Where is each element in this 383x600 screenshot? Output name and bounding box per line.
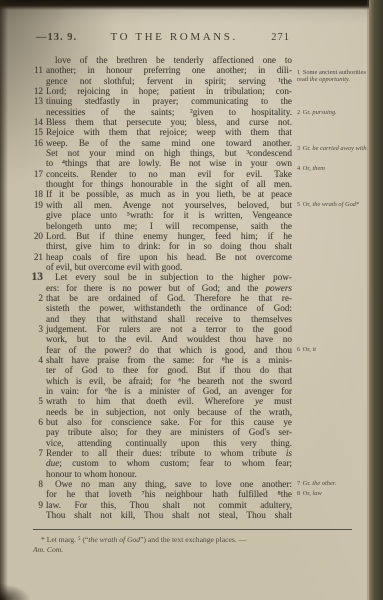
plain-text: gence not slothful; fervent in spirit; s…: [46, 76, 292, 86]
text-line: Set not your mind on high things, but ³c…: [27, 148, 292, 158]
verse-text: vice, attending continually upon this ve…: [46, 438, 292, 448]
plain-text: tinuing stedfastly in prayer; communicat…: [46, 96, 292, 106]
header-page-number: 271: [271, 32, 290, 43]
verse-number: 18: [27, 189, 46, 199]
verse-number: 21: [27, 252, 46, 262]
verse-number: 19: [27, 200, 46, 210]
plain-text: sisteth the power, withstandeth the ordi…: [46, 303, 292, 313]
verse-text: Lord. But if thine enemy hunger, feed hi…: [46, 231, 292, 241]
chapter-start-line: 13Let every soul be in subjection to the…: [27, 272, 292, 282]
text-line: necessities of the saints; ²given to hos…: [27, 107, 292, 117]
verse-number: [27, 510, 46, 520]
verse-text: Owe no man any thing, save to love one a…: [46, 479, 292, 489]
margin-note: 4 Or, them: [297, 165, 371, 172]
verse-number: [27, 427, 46, 437]
plain-text: Rejoice with them that rejoice; weep wit…: [46, 127, 292, 137]
text-line: in vain: for ⁶he is a minister of God, a…: [27, 386, 292, 396]
text-line: due; custom to whom custom; fear to whom…: [27, 458, 292, 468]
verse-text: heap coals of fire upon his head. Be not…: [46, 252, 292, 262]
plain-text: pay tribute also; for they are ministers…: [46, 427, 292, 437]
header-title: TO THE ROMANS.: [111, 31, 238, 43]
italic-text: powers: [265, 283, 292, 293]
verse-text: belongeth unto me; I will recompense, sa…: [46, 221, 292, 231]
verse-text: for he that loveth ⁷his neighbour hath f…: [46, 489, 292, 499]
plain-text: ter of God to thee for good. But if thou…: [46, 365, 292, 375]
margin-note: 2 Gr. pursuing.: [297, 109, 371, 116]
text-line: 14Bless them that persecute you; bless, …: [27, 117, 292, 127]
text-line: love of the brethren be tenderly affecti…: [27, 55, 292, 65]
text-line: sisteth the power, withstandeth the ordi…: [27, 303, 292, 313]
text-line: 20Lord. But if thine enemy hunger, feed …: [27, 231, 292, 241]
verse-number: 20: [27, 231, 46, 241]
plain-text: conceits. Render to no man evil for evil…: [46, 169, 292, 179]
text-line: 6but also for conscience sake. For for t…: [27, 417, 292, 427]
italic-text: ye: [255, 396, 263, 406]
verse-text: that be are ordained of God. Therefore h…: [46, 293, 292, 303]
text-line: 9law. For this, Thou shalt not commit ad…: [27, 500, 292, 510]
plain-text: Gr.: [303, 145, 313, 152]
text-line: for he that loveth ⁷his neighbour hath f…: [27, 489, 292, 499]
text-line: Thou shalt not kill, Thou shalt not stea…: [27, 510, 292, 520]
verse-number: [27, 283, 46, 293]
verse-number: [27, 314, 46, 324]
verse-number: [27, 148, 46, 158]
text-line: 12Lord; rejoicing in hope; patient in tr…: [27, 86, 292, 96]
text-line: 2that be are ordained of God. Therefore …: [27, 293, 292, 303]
plain-text: of evil, but overcome evil with good.: [46, 262, 182, 272]
plain-text: vice, attending continually upon this ve…: [46, 438, 292, 448]
verse-number: [27, 365, 46, 375]
plain-text: to ⁴things that are lowly. Be not wise i…: [46, 158, 292, 168]
verse-number: [27, 158, 46, 168]
verse-number: [27, 489, 46, 499]
verse-number: [27, 334, 46, 344]
text-line: 8Owe no man any thing, save to love one …: [27, 479, 292, 489]
italic-text: is: [286, 448, 292, 458]
plain-text: ”) and the text exchange places. —: [140, 535, 246, 544]
verse-text: ers: for there is no power but of God; a…: [46, 283, 292, 293]
text-line: needs be in subjection, not only because…: [27, 407, 292, 417]
text-line: gence not slothful; fervent in spirit; s…: [27, 76, 292, 86]
text-line: vice, attending continually upon this ve…: [27, 438, 292, 448]
plain-text: in vain: for ⁶he is a minister of God, a…: [46, 386, 292, 396]
verse-number: [27, 407, 46, 417]
plain-text: for he that loveth ⁷his neighbour hath f…: [46, 489, 292, 499]
verse-text: Let every soul be in subjection to the h…: [46, 272, 292, 282]
verse-text: ter of God to thee for good. But if thou…: [46, 365, 292, 375]
plain-text: wrath to him that doeth evil. Wherefore: [46, 396, 255, 406]
plain-text: thirst, give him to drink: for in so doi…: [46, 241, 292, 251]
plain-text: fear of the power? do that which is good…: [46, 345, 292, 355]
text-line: 18If it be possible, as much as in you l…: [27, 189, 292, 199]
plain-text: * Let marg. ⁵ (“: [41, 535, 88, 544]
verse-number: 2: [27, 293, 46, 303]
plain-text: thought for things honourable in the sig…: [46, 179, 292, 189]
page-edge-left: [0, 0, 8, 600]
plain-text: but also for conscience sake. For for th…: [46, 417, 292, 427]
verse-number: 16: [27, 138, 46, 148]
text-line: pay tribute also; for they are ministers…: [27, 427, 292, 437]
verse-number: [27, 458, 46, 468]
verse-number: [27, 469, 46, 479]
italic-text: the other.: [312, 480, 336, 487]
plain-text: Let every soul be in subjection to the h…: [55, 272, 292, 282]
verse-text: weep. Be of the same mind one toward ano…: [46, 138, 292, 148]
text-line: 7Render to all their dues: tribute to wh…: [27, 448, 292, 458]
margin-note: 8 Or, law: [297, 490, 371, 497]
chapter-number: 13: [27, 272, 46, 282]
footnote-rule: [33, 529, 352, 530]
plain-text: Thou shalt not kill, Thou shalt not stea…: [46, 510, 292, 520]
verse-text: honour to whom honour.: [46, 469, 292, 479]
verse-text: thirst, give him to drink: for in so doi…: [46, 241, 292, 251]
italic-text: law: [312, 490, 321, 497]
verse-text: gence not slothful; fervent in spirit; s…: [46, 76, 292, 86]
margin-note: 3 Gr. be carried away with.: [297, 145, 371, 152]
verse-number: 13: [27, 96, 46, 106]
verse-text: Lord; rejoicing in hope; patient in trib…: [46, 86, 292, 96]
verse-text: in vain: for ⁶he is a minister of God, a…: [46, 386, 292, 396]
verse-number: [27, 303, 46, 313]
italic-text: Am. Com.: [33, 545, 63, 554]
italic-text: the wrath of God: [88, 535, 140, 544]
text-line: fear of the power? do that which is good…: [27, 345, 292, 355]
text-line: 13tinuing stedfastly in prayer; communic…: [27, 96, 292, 106]
verse-number: [27, 345, 46, 355]
italic-text: them: [312, 165, 324, 172]
text-line: give place unto ⁵wrath: for it is writte…: [27, 210, 292, 220]
verse-text: but also for conscience sake. For for th…: [46, 417, 292, 427]
verse-text: law. For this, Thou shalt not commit adu…: [46, 500, 292, 510]
plain-text: with all men. Avenge not yourselves, bel…: [46, 200, 292, 210]
margin-note: 1 Some ancient authorities read the oppo…: [297, 69, 371, 84]
plain-text: law. For this, Thou shalt not commit adu…: [46, 500, 292, 510]
page-edge-right: [369, 0, 383, 600]
verse-number: [27, 179, 46, 189]
page-edge-top: [0, 0, 383, 10]
verse-text: another; in honour preferring one anothe…: [46, 65, 292, 75]
plain-text: necessities of the saints; ²given to hos…: [46, 107, 292, 117]
verse-number: 17: [27, 169, 46, 179]
plain-text: ers: for there is no power but of God; a…: [46, 283, 265, 293]
text-line: belongeth unto me; I will recompense, sa…: [27, 221, 292, 231]
verse-text: judgement. For rulers are not a terror t…: [46, 324, 292, 334]
plain-text: judgement. For rulers are not a terror t…: [46, 324, 292, 334]
text-line: thought for things honourable in the sig…: [27, 179, 292, 189]
verse-number: 4: [27, 355, 46, 365]
verse-number: [27, 241, 46, 251]
verse-text: needs be in subjection, not only because…: [46, 407, 292, 417]
page-header: —13. 9. TO THE ROMANS. 271: [36, 31, 290, 43]
verse-text: Set not your mind on high things, but ³c…: [46, 148, 292, 158]
plain-text: Bless them that persecute you; bless, an…: [46, 117, 292, 127]
text-line: and they that withstand shall receive to…: [27, 314, 292, 324]
text-line: 4shalt have praise from the same: for ⁶h…: [27, 355, 292, 365]
verse-text: work, but to the evil. And wouldest thou…: [46, 334, 292, 344]
plain-text: Lord. But if thine enemy hunger, feed hi…: [46, 231, 292, 241]
plain-text: ; custom to whom custom; fear to whom fe…: [59, 458, 292, 468]
verse-number: [27, 55, 46, 65]
plain-text: Gr.: [303, 480, 313, 487]
text-line: of evil, but overcome evil with good.: [27, 262, 292, 272]
verse-number: 8: [27, 479, 46, 489]
plain-text: Set not your mind on high things, but ³c…: [46, 148, 292, 158]
verse-text: shalt have praise from the same: for ⁶he…: [46, 355, 292, 365]
verse-number: 15: [27, 127, 46, 137]
header-verse-ref: —13. 9.: [36, 32, 77, 43]
verse-text: Bless them that persecute you; bless, an…: [46, 117, 292, 127]
plain-text: belongeth unto me; I will recompense, sa…: [46, 221, 292, 231]
text-line: thirst, give him to drink: for in so doi…: [27, 241, 292, 251]
text-line: 15Rejoice with them that rejoice; weep w…: [27, 127, 292, 137]
verse-number: [27, 76, 46, 86]
margin-note: 5 Or, the wrath of God*: [297, 201, 371, 208]
plain-text: Render to all their dues: tribute to who…: [46, 448, 286, 458]
text-line: 3judgement. For rulers are not a terror …: [27, 324, 292, 334]
plain-text: Lord; rejoicing in hope; patient in trib…: [46, 86, 292, 96]
verse-number: 11: [27, 65, 46, 75]
text-line: which is evil, be afraid; for ⁶he bearet…: [27, 376, 292, 386]
plain-text: weep. Be of the same mind one toward ano…: [46, 138, 292, 148]
verse-number: 3: [27, 324, 46, 334]
verse-text: wrath to him that doeth evil. Wherefore …: [46, 396, 292, 406]
verse-text: and they that withstand shall receive to…: [46, 314, 292, 324]
book-page: —13. 9. TO THE ROMANS. 271 love of the b…: [0, 0, 383, 600]
text-line: 11another; in honour preferring one anot…: [27, 65, 292, 75]
plain-text: that be are ordained of God. Therefore h…: [46, 293, 292, 303]
text-line: honour to whom honour.: [27, 469, 292, 479]
verse-number: [27, 386, 46, 396]
verse-text: Render to all their dues: tribute to who…: [46, 448, 292, 458]
text-line: ter of God to thee for good. But if thou…: [27, 365, 292, 375]
text-line: to ⁴things that are lowly. Be not wise i…: [27, 158, 292, 168]
verse-text: due; custom to whom custom; fear to whom…: [46, 458, 292, 468]
plain-text: *: [356, 201, 359, 208]
plain-text: another; in honour preferring one anothe…: [46, 65, 292, 75]
text-line: 5wrath to him that doeth evil. Wherefore…: [27, 396, 292, 406]
footnote-line: Am. Com.: [33, 545, 352, 555]
plain-text: which is evil, be afraid; for ⁶he bearet…: [46, 376, 292, 386]
verse-text: If it be possible, as much as in you lie…: [46, 189, 292, 199]
verse-text: love of the brethren be tenderly affecti…: [46, 55, 292, 65]
verse-text: thought for things honourable in the sig…: [46, 179, 292, 189]
verse-text: Thou shalt not kill, Thou shalt not stea…: [46, 510, 292, 520]
verse-number: 7: [27, 448, 46, 458]
verse-number: [27, 221, 46, 231]
verse-text: conceits. Render to no man evil for evil…: [46, 169, 292, 179]
plain-text: honour to whom honour.: [46, 469, 137, 479]
verse-number: 14: [27, 117, 46, 127]
italic-text: pursuing.: [312, 109, 336, 116]
plain-text: must: [263, 396, 292, 406]
verse-number: 5: [27, 396, 46, 406]
body-text: love of the brethren be tenderly affecti…: [27, 55, 292, 520]
plain-text: and they that withstand shall receive to…: [46, 314, 292, 324]
footnote: * Let marg. ⁵ (“the wrath of God”) and t…: [33, 535, 352, 554]
verse-number: [27, 107, 46, 117]
verse-text: give place unto ⁵wrath: for it is writte…: [46, 210, 292, 220]
text-line: 17conceits. Render to no man evil for ev…: [27, 169, 292, 179]
plain-text: needs be in subjection, not only because…: [46, 407, 292, 417]
verse-text: tinuing stedfastly in prayer; communicat…: [46, 96, 292, 106]
italic-text: be carried away with.: [312, 145, 368, 152]
plain-text: If it be possible, as much as in you lie…: [46, 189, 292, 199]
plain-text: love of the brethren be tenderly affecti…: [55, 55, 292, 65]
verse-text: sisteth the power, withstandeth the ordi…: [46, 303, 292, 313]
text-line: ers: for there is no power but of God; a…: [27, 283, 292, 293]
italic-text: it: [312, 346, 316, 353]
text-line: 21heap coals of fire upon his head. Be n…: [27, 252, 292, 262]
verse-text: of evil, but overcome evil with good.: [46, 262, 292, 272]
verse-text: fear of the power? do that which is good…: [46, 345, 292, 355]
verse-text: which is evil, be afraid; for ⁶he bearet…: [46, 376, 292, 386]
verse-text: necessities of the saints; ²given to hos…: [46, 107, 292, 117]
italic-text: the opportunity.: [310, 76, 350, 83]
margin-note: 7 Gr. the other.: [297, 480, 371, 487]
verse-text: Rejoice with them that rejoice; weep wit…: [46, 127, 292, 137]
verse-text: pay tribute also; for they are ministers…: [46, 427, 292, 437]
plain-text: Owe no man any thing, save to love one a…: [55, 479, 292, 489]
page-corner-shadow: [0, 584, 30, 600]
verse-number: [27, 376, 46, 386]
verse-number: [27, 210, 46, 220]
verse-number: 9: [27, 500, 46, 510]
plain-text: give place unto ⁵wrath: for it is writte…: [46, 210, 292, 220]
text-line: 19with all men. Avenge not yourselves, b…: [27, 200, 292, 210]
footnote-line: * Let marg. ⁵ (“the wrath of God”) and t…: [33, 535, 352, 545]
plain-text: Gr.: [303, 109, 313, 116]
verse-text: with all men. Avenge not yourselves, bel…: [46, 200, 292, 210]
verse-number: 12: [27, 86, 46, 96]
plain-text: shalt have praise from the same: for ⁶he…: [46, 355, 292, 365]
italic-text: due: [46, 458, 59, 468]
plain-text: heap coals of fire upon his head. Be not…: [46, 252, 292, 262]
text-line: 16weep. Be of the same mind one toward a…: [27, 138, 292, 148]
margin-notes-column: 1 Some ancient authorities read the oppo…: [297, 0, 371, 600]
verse-number: [27, 438, 46, 448]
plain-text: work, but to the evil. And wouldest thou…: [46, 334, 292, 344]
italic-text: the wrath of God: [312, 201, 356, 208]
text-line: work, but to the evil. And wouldest thou…: [27, 334, 292, 344]
verse-number: 6: [27, 417, 46, 427]
verse-text: to ⁴things that are lowly. Be not wise i…: [46, 158, 292, 168]
margin-note: 6 Or, it: [297, 346, 371, 353]
